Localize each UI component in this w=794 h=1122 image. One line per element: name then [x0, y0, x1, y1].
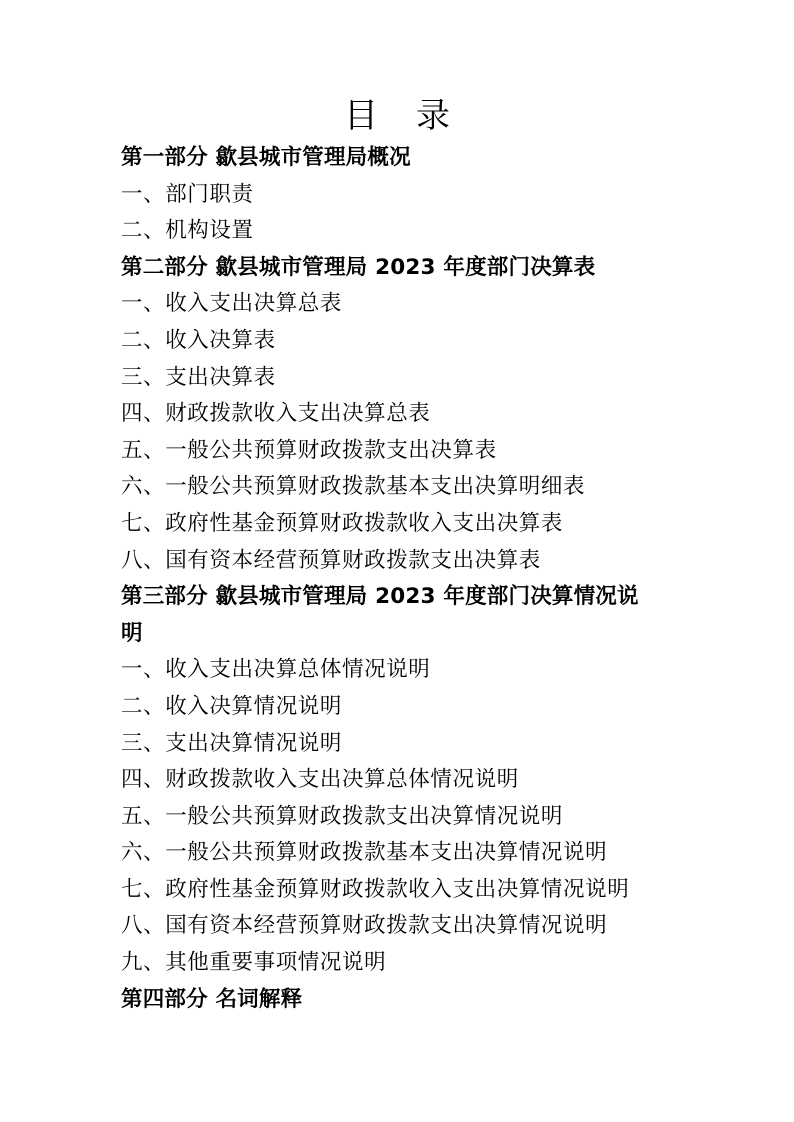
toc-item-income-expense-summary-table[interactable]: 一、收入支出决算总表	[121, 286, 681, 323]
toc-item-department-duties[interactable]: 一、部门职责	[121, 177, 681, 214]
toc-item-general-budget-basic-expense-explanation[interactable]: 六、一般公共预算财政拨款基本支出决算情况说明	[121, 835, 681, 872]
toc-item-fiscal-appropriation-explanation[interactable]: 四、财政拨款收入支出决算总体情况说明	[121, 762, 681, 799]
toc-item-general-budget-expense-table[interactable]: 五、一般公共预算财政拨款支出决算表	[121, 433, 681, 470]
toc-item-expense-table[interactable]: 三、支出决算表	[121, 360, 681, 397]
toc-item-income-explanation[interactable]: 二、收入决算情况说明	[121, 689, 681, 726]
table-of-contents: 第一部分 歙县城市管理局概况 一、部门职责 二、机构设置 第二部分 歙县城市管理…	[121, 140, 681, 1018]
toc-title-char-1: 目	[344, 96, 378, 136]
toc-item-state-capital-explanation[interactable]: 八、国有资本经营预算财政拨款支出决算情况说明	[121, 908, 681, 945]
toc-part-3-line-2: 明	[121, 616, 681, 653]
toc-part-4[interactable]: 第四部分 名词解释	[121, 982, 681, 1019]
toc-item-state-capital-table[interactable]: 八、国有资本经营预算财政拨款支出决算表	[121, 543, 681, 580]
toc-item-overall-explanation[interactable]: 一、收入支出决算总体情况说明	[121, 652, 681, 689]
toc-title-char-2: 录	[416, 96, 450, 136]
toc-part-3-line-1: 第三部分 歙县城市管理局 2023 年度部门决算情况说	[121, 584, 639, 609]
toc-item-other-matters-explanation[interactable]: 九、其他重要事项情况说明	[121, 945, 681, 982]
toc-item-government-fund-explanation[interactable]: 七、政府性基金预算财政拨款收入支出决算情况说明	[121, 872, 681, 909]
toc-item-fiscal-appropriation-summary-table[interactable]: 四、财政拨款收入支出决算总表	[121, 396, 681, 433]
toc-part-1[interactable]: 第一部分 歙县城市管理局概况	[121, 140, 681, 177]
toc-item-general-budget-expense-explanation[interactable]: 五、一般公共预算财政拨款支出决算情况说明	[121, 799, 681, 836]
toc-title: 目录	[0, 94, 794, 138]
document-page: 目录 第一部分 歙县城市管理局概况 一、部门职责 二、机构设置 第二部分 歙县城…	[0, 0, 794, 1122]
toc-part-3[interactable]: 第三部分 歙县城市管理局 2023 年度部门决算情况说明	[121, 579, 681, 652]
toc-item-expense-explanation[interactable]: 三、支出决算情况说明	[121, 726, 681, 763]
toc-item-organization[interactable]: 二、机构设置	[121, 213, 681, 250]
toc-part-2[interactable]: 第二部分 歙县城市管理局 2023 年度部门决算表	[121, 250, 681, 287]
toc-item-government-fund-table[interactable]: 七、政府性基金预算财政拨款收入支出决算表	[121, 506, 681, 543]
toc-item-general-budget-basic-expense-detail-table[interactable]: 六、一般公共预算财政拨款基本支出决算明细表	[121, 469, 681, 506]
toc-item-income-table[interactable]: 二、收入决算表	[121, 323, 681, 360]
